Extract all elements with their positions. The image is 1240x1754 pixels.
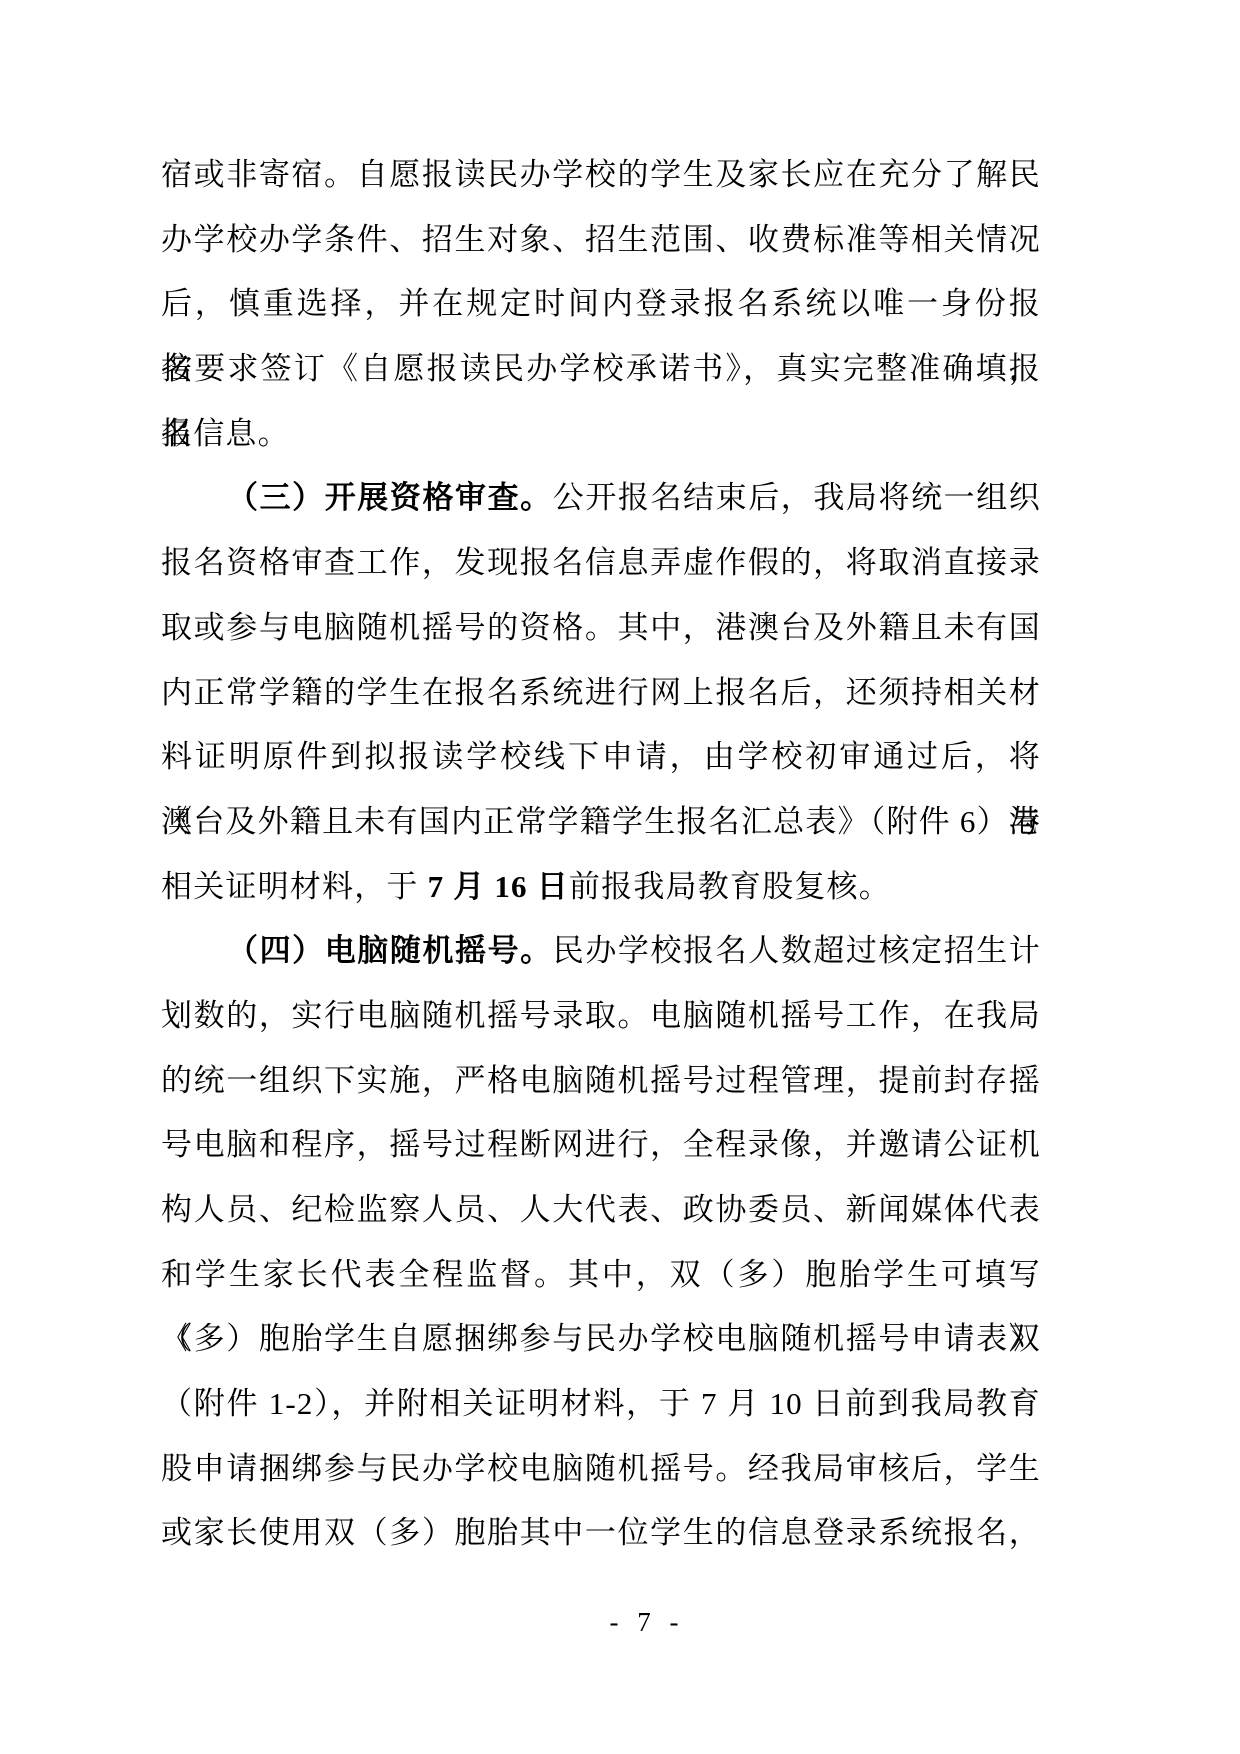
text-line: 料证明原件到拟报读学校线下申请，由学校初审通过后，将《港 xyxy=(161,725,1041,790)
attachment-1-2-reference: （附件 1-2），并附相关证明材料，于 7 月 10 日前到我局教育 xyxy=(161,1386,1041,1421)
section-4-heading: （四）电脑随机摇号。 xyxy=(227,933,553,968)
text-run: 内正常学籍的学生在报名系统进行网上报名后，还须持相关材 xyxy=(161,675,1041,710)
text-run: （多）胞胎学生自愿捆绑参与民办学校电脑随机摇号申请表》 xyxy=(161,1321,1041,1356)
text-run: 办学校办学条件、招生对象、招生范围、收费标准等相关情况 xyxy=(161,222,1041,257)
text-run: 民办学校报名人数超过核定招生计 xyxy=(553,933,1041,968)
text-line: 或家长使用双（多）胞胎其中一位学生的信息登录系统报名， xyxy=(161,1501,1041,1566)
text-line: 后，慎重选择，并在规定时间内登录报名系统以唯一身份报名， xyxy=(161,272,1041,337)
text-run: 公开报名结束后，我局将统一组织 xyxy=(553,480,1041,515)
text-line: 按要求签订《自愿报读民办学校承诺书》，真实完整准确填报报 xyxy=(161,337,1041,402)
text-run: 报名资格审查工作，发现报名信息弄虚作假的，将取消直接录 xyxy=(161,545,1041,580)
text-line: 宿或非寄宿。自愿报读民办学校的学生及家长应在充分了解民 xyxy=(161,143,1041,208)
text-run: 划数的，实行电脑随机摇号录取。电脑随机摇号工作，在我局 xyxy=(161,998,1041,1033)
text-line: 内正常学籍的学生在报名系统进行网上报名后，还须持相关材 xyxy=(161,661,1041,726)
text-line: 报名资格审查工作，发现报名信息弄虚作假的，将取消直接录 xyxy=(161,531,1041,596)
text-run: 名信息。 xyxy=(161,416,290,451)
text-line: 相关证明材料，于 7 月 16 日前报我局教育股复核。 xyxy=(161,855,1041,920)
text-line: （附件 1-2），并附相关证明材料，于 7 月 10 日前到我局教育 xyxy=(161,1372,1041,1437)
text-run: 前报我局教育股复核。 xyxy=(569,869,891,904)
text-run: 或家长使用双（多）胞胎其中一位学生的信息登录系统报名， xyxy=(161,1515,1041,1550)
text-line: （三）开展资格审查。公开报名结束后，我局将统一组织 xyxy=(161,466,1041,531)
text-run: 股申请捆绑参与民办学校电脑随机摇号。经我局审核后，学生 xyxy=(161,1451,1041,1486)
page-number: - 7 - xyxy=(0,1602,1240,1642)
attachment-6-reference: 澳台及外籍且未有国内正常学籍学生报名汇总表》（附件 6）与 xyxy=(161,804,1041,839)
text-line: 取或参与电脑随机摇号的资格。其中，港澳台及外籍且未有国 xyxy=(161,596,1041,661)
text-run: 号电脑和程序，摇号过程断网进行，全程录像，并邀请公证机 xyxy=(161,1127,1041,1162)
text-run: 取或参与电脑随机摇号的资格。其中，港澳台及外籍且未有国 xyxy=(161,610,1041,645)
body-text: 宿或非寄宿。自愿报读民办学校的学生及家长应在充分了解民 办学校办学条件、招生对象… xyxy=(161,143,1041,1566)
text-line: 股申请捆绑参与民办学校电脑随机摇号。经我局审核后，学生 xyxy=(161,1437,1041,1502)
text-line: 名信息。 xyxy=(161,402,1041,467)
text-run: 宿或非寄宿。自愿报读民办学校的学生及家长应在充分了解民 xyxy=(161,157,1041,192)
text-line: 构人员、纪检监察人员、人大代表、政协委员、新闻媒体代表 xyxy=(161,1178,1041,1243)
text-line: （四）电脑随机摇号。民办学校报名人数超过核定招生计 xyxy=(161,919,1041,984)
text-line: 号电脑和程序，摇号过程断网进行，全程录像，并邀请公证机 xyxy=(161,1113,1041,1178)
text-run: 相关证明材料，于 xyxy=(161,869,428,904)
section-3-heading: （三）开展资格审查。 xyxy=(227,480,553,515)
text-line: 划数的，实行电脑随机摇号录取。电脑随机摇号工作，在我局 xyxy=(161,984,1041,1049)
text-line: （多）胞胎学生自愿捆绑参与民办学校电脑随机摇号申请表》 xyxy=(161,1307,1041,1372)
text-line: 的统一组织下实施，严格电脑随机摇号过程管理，提前封存摇 xyxy=(161,1049,1041,1114)
text-run: 构人员、纪检监察人员、人大代表、政协委员、新闻媒体代表 xyxy=(161,1192,1041,1227)
text-run: 的统一组织下实施，严格电脑随机摇号过程管理，提前封存摇 xyxy=(161,1063,1041,1098)
document-page: 宿或非寄宿。自愿报读民办学校的学生及家长应在充分了解民 办学校办学条件、招生对象… xyxy=(0,0,1240,1754)
text-line: 澳台及外籍且未有国内正常学籍学生报名汇总表》（附件 6）与 xyxy=(161,790,1041,855)
text-line: 和学生家长代表全程监督。其中，双（多）胞胎学生可填写《双 xyxy=(161,1243,1041,1308)
text-line: 办学校办学条件、招生对象、招生范围、收费标准等相关情况 xyxy=(161,208,1041,273)
deadline-date: 7 月 16 日 xyxy=(428,869,569,904)
